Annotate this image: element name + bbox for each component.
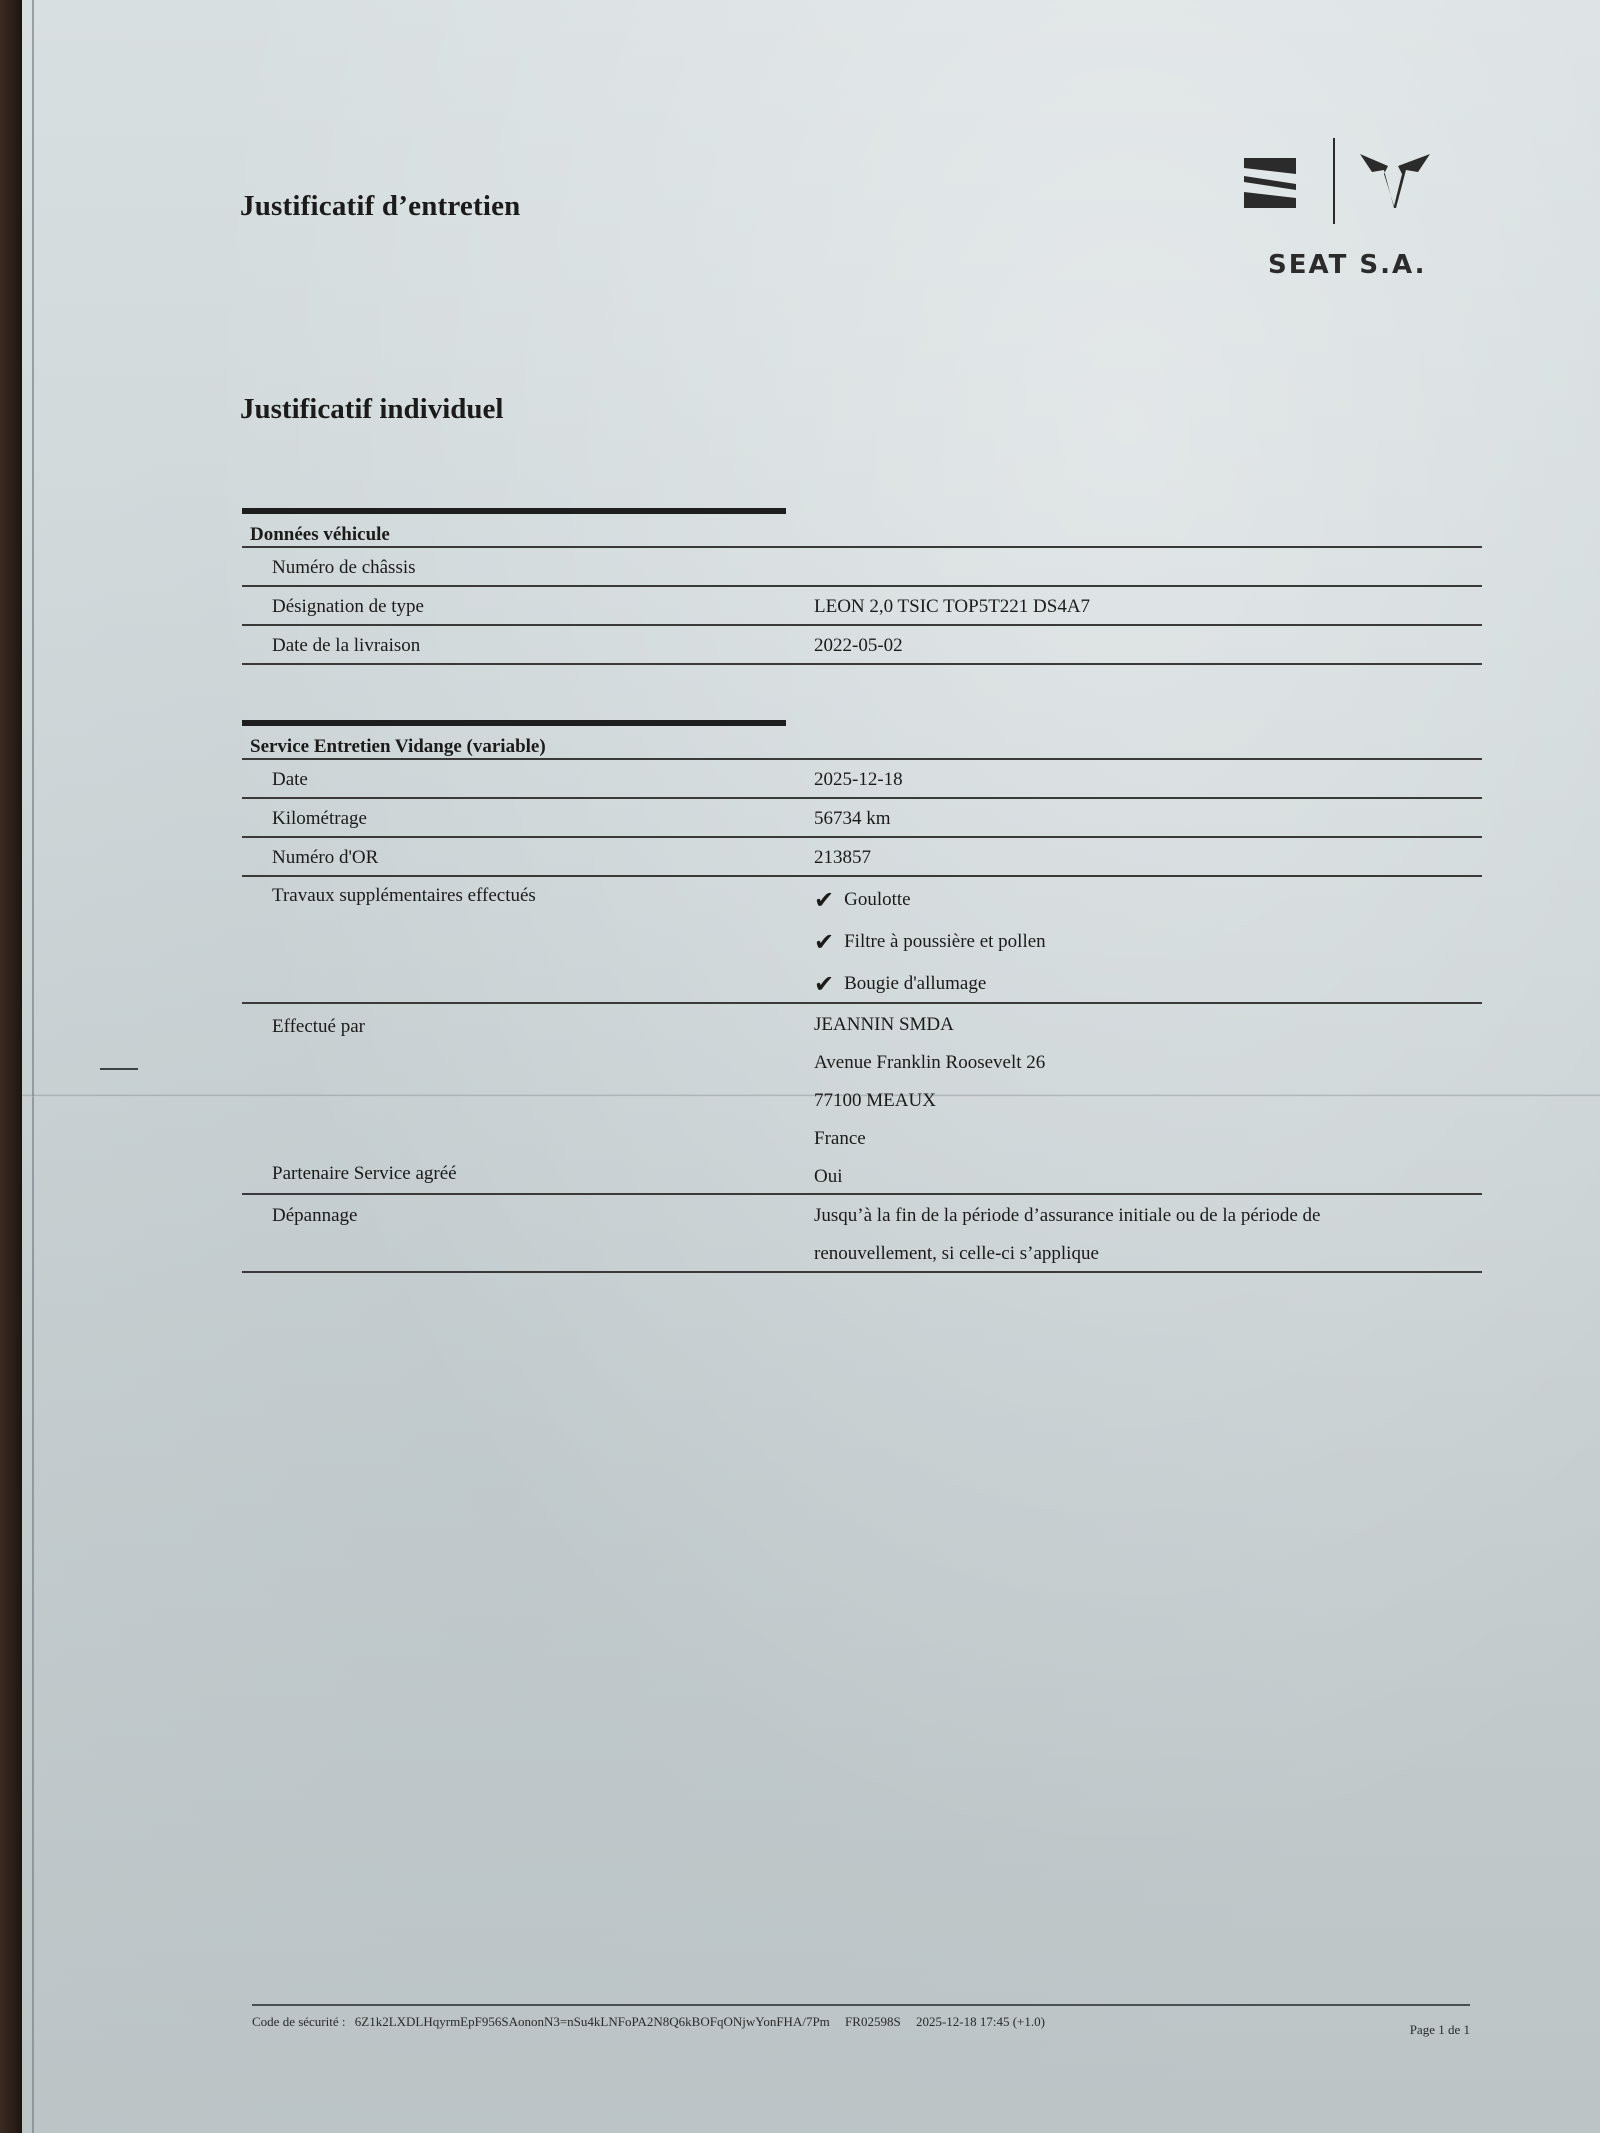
- row-label: Désignation de type: [242, 587, 814, 624]
- dealer-street: Avenue Franklin Roosevelt 26: [814, 1044, 1482, 1082]
- roadside-label: Dépannage: [272, 1197, 814, 1235]
- list-item: ✔ Bougie d'allumage: [814, 963, 1482, 1005]
- table-row: Travaux supplémentaires effectués ✔ Goul…: [242, 877, 1482, 1004]
- roadside-line: renouvellement, si celle-ci s’applique: [814, 1235, 1482, 1273]
- dealer-name: JEANNIN SMDA: [814, 1006, 1482, 1044]
- list-item: ✔ Filtre à poussière et pollen: [814, 921, 1482, 963]
- dealer-code: FR02598S: [845, 2014, 901, 2029]
- row-label: Kilométrage: [242, 799, 814, 836]
- table-row: Effectué par Partenaire Service agréé JE…: [242, 1004, 1482, 1195]
- document-title: Justificatif d’entretien: [240, 190, 521, 223]
- cupra-logo-icon: [1358, 150, 1432, 210]
- work-item: Bougie d'allumage: [844, 963, 986, 1005]
- row-value: [814, 548, 1482, 585]
- row-value: 2025-12-18: [814, 760, 1482, 797]
- row-label: Numéro d'OR: [242, 838, 814, 875]
- security-code: 6Z1k2LXDLHqyrmEpF956SAononN3=nSu4kLNFoPA…: [355, 2014, 830, 2029]
- checkmark-icon: ✔: [814, 879, 834, 921]
- print-timestamp: 2025-12-18 17:45 (+1.0): [916, 2014, 1045, 2029]
- roadside-value: Jusqu’à la fin de la période d’assurance…: [814, 1195, 1482, 1271]
- row-value: 56734 km: [814, 799, 1482, 836]
- section-heading: Données véhicule: [242, 514, 1482, 548]
- row-label: Date de la livraison: [242, 626, 814, 663]
- service-section: Service Entretien Vidange (variable) Dat…: [242, 720, 1482, 1273]
- document-footer: Code de sécurité : 6Z1k2LXDLHqyrmEpF956S…: [252, 2004, 1470, 2038]
- checkmark-icon: ✔: [814, 921, 834, 963]
- table-row: Date 2025-12-18: [242, 760, 1482, 799]
- approved-partner-value: Oui: [814, 1158, 1482, 1196]
- document-subtitle: Justificatif individuel: [240, 393, 503, 426]
- table-row: Kilométrage 56734 km: [242, 799, 1482, 838]
- row-label-group: Effectué par Partenaire Service agréé: [242, 1004, 814, 1193]
- row-label: Date: [242, 760, 814, 797]
- row-label: Effectué par: [272, 1008, 814, 1046]
- row-label: Numéro de châssis: [242, 548, 814, 585]
- table-row: Désignation de type LEON 2,0 TSIC TOP5T2…: [242, 587, 1482, 626]
- extra-work-list: ✔ Goulotte ✔ Filtre à poussière et polle…: [814, 877, 1482, 1002]
- work-item: Filtre à poussière et pollen: [844, 921, 1046, 963]
- page-number: Page 1 de 1: [1410, 2014, 1470, 2038]
- seat-logo-icon: [1240, 156, 1300, 210]
- work-item: Goulotte: [844, 879, 911, 921]
- table-row: Numéro d'OR 213857: [242, 838, 1482, 877]
- row-label: Dépannage: [242, 1195, 814, 1271]
- checkmark-icon: ✔: [814, 963, 834, 1005]
- roadside-line: Jusqu’à la fin de la période d’assurance…: [814, 1197, 1482, 1235]
- paper-edge: [32, 0, 34, 2133]
- table-row: Numéro de châssis: [242, 548, 1482, 587]
- list-item: ✔ Goulotte: [814, 879, 1482, 921]
- security-info: Code de sécurité : 6Z1k2LXDLHqyrmEpF956S…: [252, 2014, 1045, 2038]
- row-value: LEON 2,0 TSIC TOP5T221 DS4A7: [814, 587, 1482, 624]
- section-heading: Service Entretien Vidange (variable): [242, 726, 1482, 760]
- table-row: Dépannage Jusqu’à la fin de la période d…: [242, 1195, 1482, 1273]
- brand-name: SEAT S.A.: [1268, 250, 1426, 280]
- dealer-city: 77100 MEAUX: [814, 1082, 1482, 1120]
- row-label: Partenaire Service agréé: [272, 1155, 814, 1193]
- table-row: Date de la livraison 2022-05-02: [242, 626, 1482, 665]
- brand-logo: SEAT S.A.: [1238, 138, 1438, 288]
- dealer-country: France: [814, 1120, 1482, 1158]
- row-value: 213857: [814, 838, 1482, 875]
- security-label: Code de sécurité :: [252, 2014, 346, 2029]
- desk-background: [0, 0, 24, 2133]
- row-value: 2022-05-02: [814, 626, 1482, 663]
- logo-divider: [1333, 138, 1335, 224]
- vehicle-data-section: Données véhicule Numéro de châssis Désig…: [242, 508, 1482, 665]
- dealer-address: JEANNIN SMDA Avenue Franklin Roosevelt 2…: [814, 1004, 1482, 1193]
- fold-mark: [100, 1068, 138, 1070]
- row-label: Travaux supplémentaires effectués: [242, 877, 814, 1002]
